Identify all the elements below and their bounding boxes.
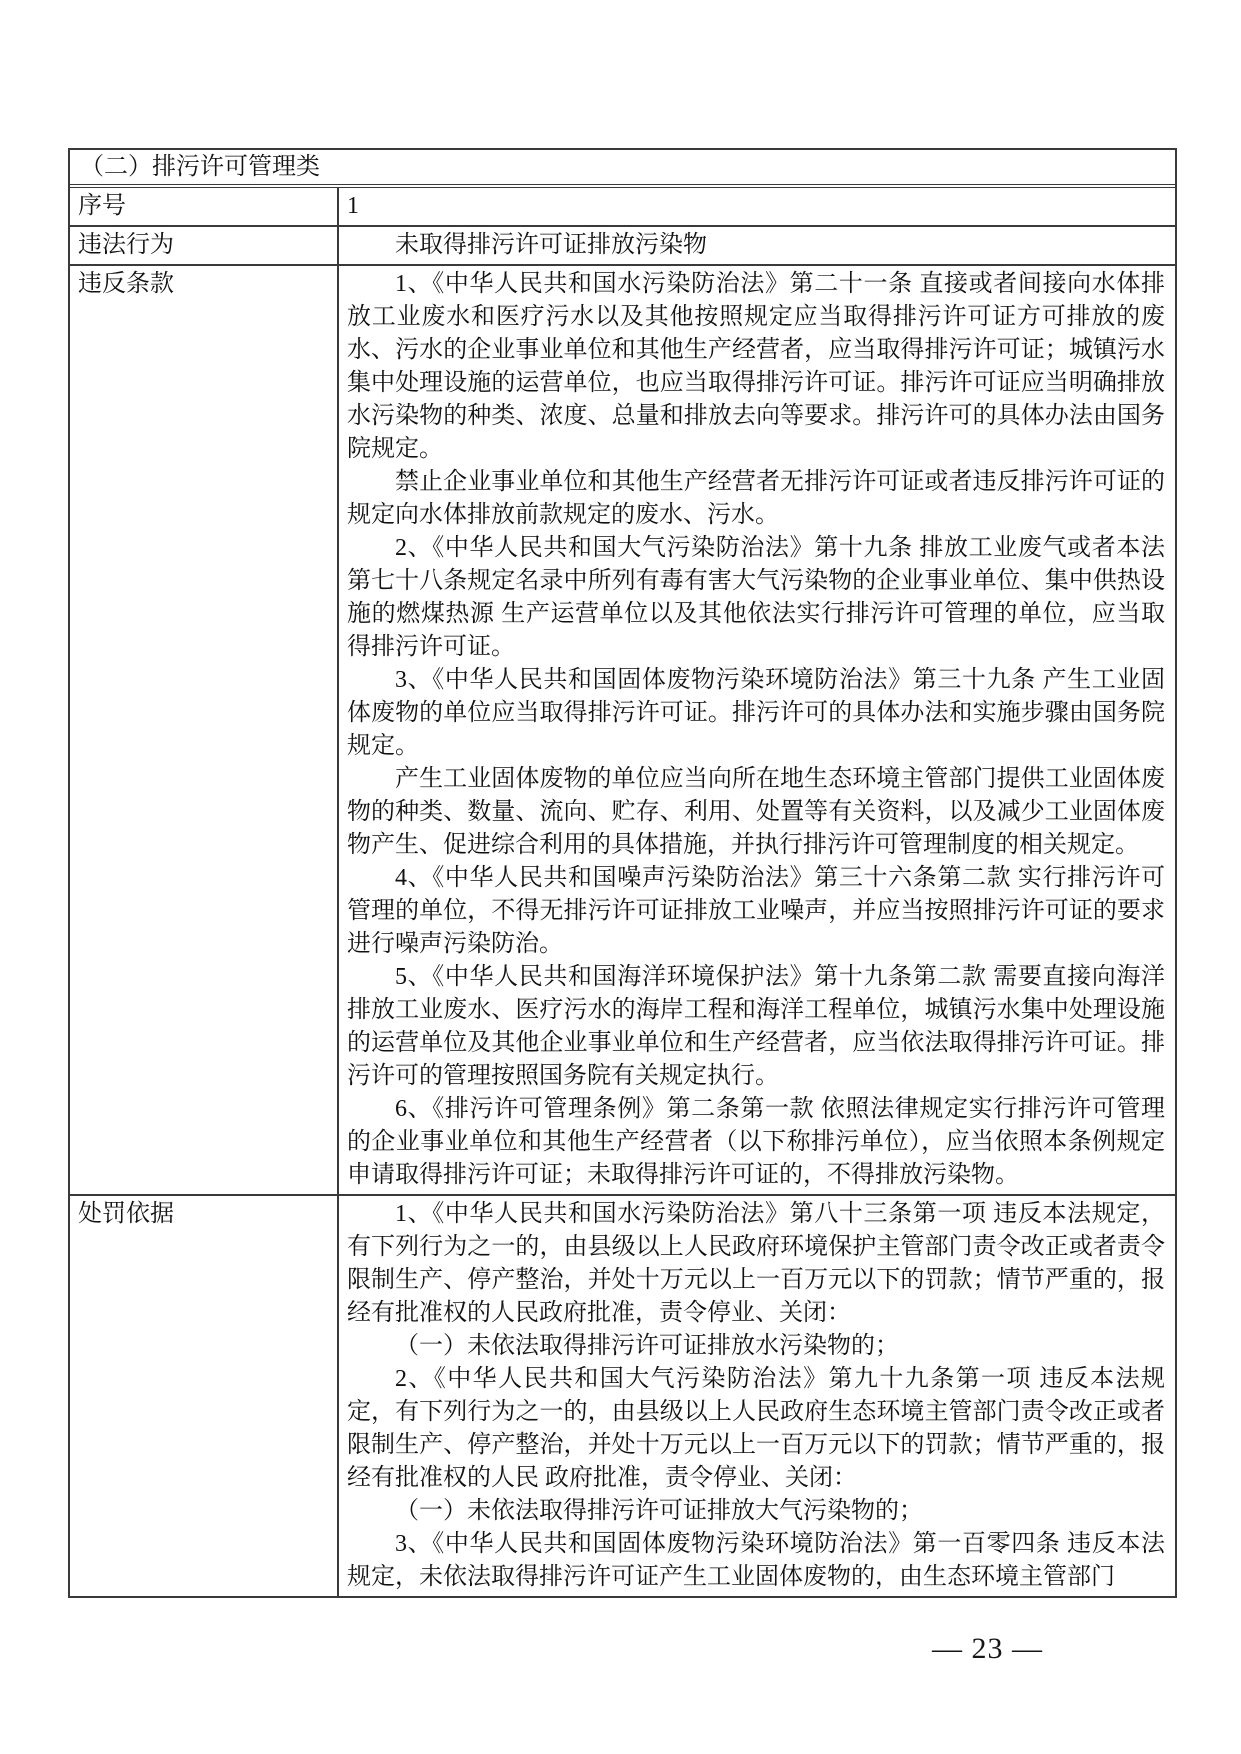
penalty-basis-text: 1、《中华人民共和国水污染防治法》第八十三条第一项 违反本法规定，有下列行为之一… [339, 1196, 1175, 1596]
legal-paragraph: 1、《中华人民共和国水污染防治法》第八十三条第一项 违反本法规定，有下列行为之一… [347, 1198, 1165, 1330]
page-number: — 23 — [932, 1632, 1043, 1666]
row-violated-provisions: 违反条款 1、《中华人民共和国水污染防治法》第二十一条 直接或者间接向水体排放工… [70, 264, 1175, 1194]
legal-paragraph: 产生工业固体废物的单位应当向所在地生态环境主管部门提供工业固体废物的种类、数量、… [347, 763, 1165, 862]
legal-paragraph: 禁止企业事业单位和其他生产经营者无排污许可证或者违反排污许可证的规定向水体排放前… [347, 466, 1165, 532]
legal-paragraph: 5、《中华人民共和国海洋环境保护法》第十九条第二款 需要直接向海洋排放工业废水、… [347, 961, 1165, 1093]
penalty-basis-label: 处罚依据 [70, 1196, 339, 1596]
violated-provisions-label: 违反条款 [70, 266, 339, 1194]
illegal-act-label: 违法行为 [70, 227, 339, 264]
violated-provisions-text: 1、《中华人民共和国水污染防治法》第二十一条 直接或者间接向水体排放工业废水和医… [339, 266, 1175, 1194]
row-penalty-basis: 处罚依据 1、《中华人民共和国水污染防治法》第八十三条第一项 违反本法规定，有下… [70, 1194, 1175, 1596]
legal-paragraph: 3、《中华人民共和国固体废物污染环境防治法》第三十九条 产生工业固体废物的单位应… [347, 664, 1165, 763]
serial-number-label: 序号 [70, 188, 339, 225]
row-illegal-act: 违法行为 未取得排污许可证排放污染物 [70, 225, 1175, 264]
regulation-table: （二）排污许可管理类 序号 1 违法行为 未取得排污许可证排放污染物 违反条款 … [68, 148, 1177, 1598]
legal-paragraph: 3、《中华人民共和国固体废物污染环境防治法》第一百零四条 违反本法规定，未依法取… [347, 1528, 1165, 1594]
legal-paragraph: 6、《排污许可管理条例》第二条第一款 依照法律规定实行排污许可管理的企业事业单位… [347, 1093, 1165, 1192]
legal-paragraph: 2、《中华人民共和国大气污染防治法》第九十九条第一项 违反本法规定，有下列行为之… [347, 1363, 1165, 1495]
serial-number-value: 1 [339, 188, 1175, 225]
row-serial-number: 序号 1 [70, 184, 1175, 225]
legal-paragraph: （一）未依法取得排污许可证排放水污染物的； [347, 1330, 1165, 1363]
section-title: （二）排污许可管理类 [70, 150, 1175, 184]
document-page: （二）排污许可管理类 序号 1 违法行为 未取得排污许可证排放污染物 违反条款 … [0, 0, 1241, 1754]
legal-paragraph: 2、《中华人民共和国大气污染防治法》第十九条 排放工业废气或者本法第七十八条规定… [347, 532, 1165, 664]
legal-paragraph: 4、《中华人民共和国噪声污染防治法》第三十六条第二款 实行排污许可管理的单位，不… [347, 862, 1165, 961]
legal-paragraph: 1、《中华人民共和国水污染防治法》第二十一条 直接或者间接向水体排放工业废水和医… [347, 268, 1165, 466]
section-header-row: （二）排污许可管理类 [70, 150, 1175, 184]
legal-paragraph: （一）未依法取得排污许可证排放大气污染物的； [347, 1495, 1165, 1528]
illegal-act-value: 未取得排污许可证排放污染物 [339, 227, 1175, 264]
